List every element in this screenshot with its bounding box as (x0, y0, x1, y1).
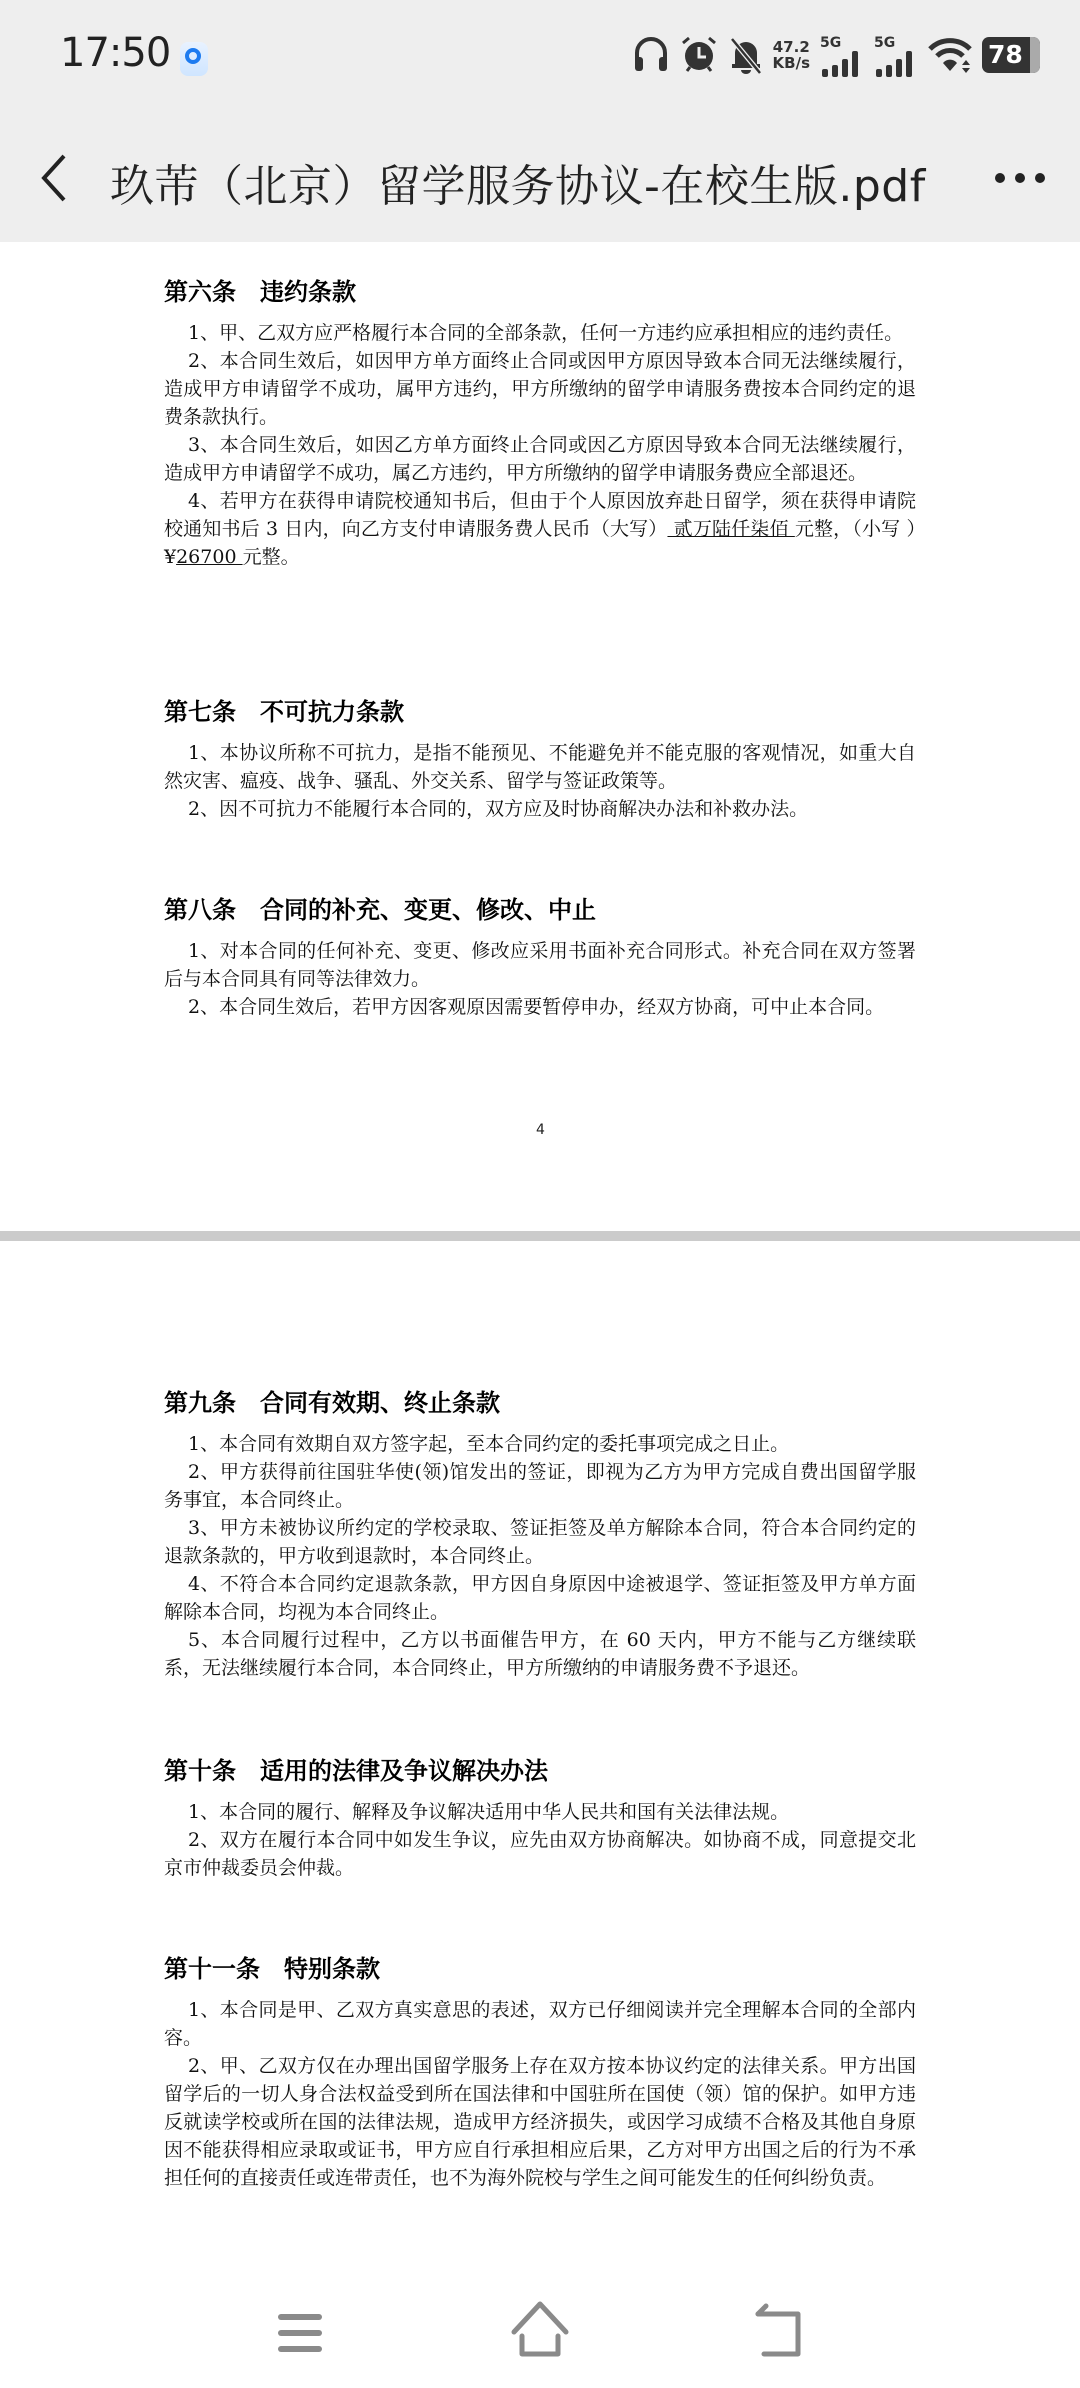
article-title: 第十条 适用的法律及争议解决办法 (164, 1751, 916, 1786)
system-nav-bar (0, 2280, 1080, 2388)
article-10: 第十条 适用的法律及争议解决办法 1、本合同的履行、解释及争议解决适用中华人民共… (164, 1751, 916, 1882)
article-paragraph: 1、本协议所称不可抗力，是指不能预见、不能避免并不能克服的客观情况，如重大自然灾… (164, 739, 916, 795)
article-11: 第十一条 特别条款 1、本合同是甲、乙双方真实意思的表述，双方已仔细阅读并完全理… (164, 1949, 916, 2192)
article-title: 第八条 合同的补充、变更、修改、中止 (164, 890, 916, 925)
article-paragraph: 3、甲方未被协议所约定的学校录取、签证拒签及单方解除本合同，符合本合同约定的退款… (164, 1514, 916, 1570)
recent-apps-button[interactable] (260, 2300, 340, 2370)
article-7: 第七条 不可抗力条款 1、本协议所称不可抗力，是指不能预见、不能避免并不能克服的… (164, 692, 916, 823)
document-title: 玖芾（北京）留学服务协议-在校生版.pdf (110, 150, 926, 214)
article-6: 第六条 违约条款 1、甲、乙双方应严格履行本合同的全部条款，任何一方违约应承担相… (164, 272, 916, 571)
menu-icon (260, 2300, 340, 2370)
article-paragraph: 2、因不可抗力不能履行本合同的，双方应及时协商解决办法和补救办法。 (164, 795, 916, 823)
article-paragraph: 2、本合同生效后，如因甲方单方面终止合同或因甲方原因导致本合同无法继续履行，造成… (164, 347, 916, 431)
page-number: 4 (536, 1122, 545, 1138)
article-paragraph: 2、甲方获得前往国驻华使(领)馆发出的签证，即视为乙方为甲方完成自费出国留学服务… (164, 1458, 916, 1514)
qq-browser-icon (180, 42, 208, 76)
article-paragraph: 2、双方在履行本合同中如发生争议，应先由双方协商解决。如协商不成，同意提交北京市… (164, 1826, 916, 1882)
amount-upper: 贰万陆仟柒佰 (667, 518, 794, 540)
chevron-left-icon (30, 150, 80, 206)
network-speed: 47.2 KB/s (773, 39, 810, 71)
home-button[interactable] (500, 2300, 580, 2370)
article-title: 第九条 合同有效期、终止条款 (164, 1383, 916, 1418)
article-paragraph: 1、本合同的履行、解释及争议解决适用中华人民共和国有关法律法规。 (164, 1798, 916, 1826)
alarm-icon (679, 35, 719, 75)
headphones-icon (633, 35, 669, 75)
more-options-button[interactable] (990, 158, 1050, 198)
pdf-page-4[interactable]: 第六条 违约条款 1、甲、乙双方应严格履行本合同的全部条款，任何一方违约应承担相… (0, 242, 1080, 1231)
article-paragraph: 1、本合同是甲、乙双方真实意思的表述，双方已仔细阅读并完全理解本合同的全部内容。 (164, 1996, 916, 2052)
article-paragraph: 4、不符合本合同约定退款条款，甲方因自身原因中途被退学、签证拒签及甲方单方面解除… (164, 1570, 916, 1626)
wifi-icon (928, 35, 972, 75)
article-title: 第十一条 特别条款 (164, 1949, 916, 1984)
page-separator (0, 1231, 1080, 1241)
status-icons: 47.2 KB/s 5G 5G (633, 33, 1040, 77)
article-paragraph: 5、本合同履行过程中，乙方以书面催告甲方，在 60 天内，甲方不能与乙方继续联系… (164, 1626, 916, 1682)
title-bar: 玖芾（北京）留学服务协议-在校生版.pdf (0, 110, 1080, 242)
article-title: 第七条 不可抗力条款 (164, 692, 916, 727)
more-horizontal-icon (990, 158, 1050, 198)
article-paragraph-fee: 4、若甲方在获得申请院校通知书后，但由于个人原因放弃赴日留学，须在获得申请院校通… (164, 487, 916, 571)
signal-5g-icon-2: 5G (874, 33, 918, 77)
article-paragraph: 1、对本合同的任何补充、变更、修改应采用书面补充合同形式。补充合同在双方签署后与… (164, 937, 916, 993)
battery-percent: 78 (988, 40, 1023, 69)
home-icon (500, 2300, 580, 2370)
bell-muted-icon (729, 35, 763, 75)
article-paragraph: 2、本合同生效后，若甲方因客观原因需要暂停申办，经双方协商，可中止本合同。 (164, 993, 916, 1021)
article-title: 第六条 违约条款 (164, 272, 916, 307)
article-9: 第九条 合同有效期、终止条款 1、本合同有效期自双方签字起，至本合同约定的委托事… (164, 1383, 916, 1682)
article-paragraph: 3、本合同生效后，如因乙方单方面终止合同或因乙方原因导致本合同无法继续履行，造成… (164, 431, 916, 487)
battery-icon: 78 (982, 37, 1040, 73)
article-paragraph: 2、甲、乙双方仅在办理出国留学服务上存在双方按本协议约定的法律关系。甲方出国留学… (164, 2052, 916, 2192)
status-time: 17:50 (60, 30, 170, 76)
article-8: 第八条 合同的补充、变更、修改、中止 1、对本合同的任何补充、变更、修改应采用书… (164, 890, 916, 1021)
amount-lower: 26700 (176, 546, 242, 568)
back-nav-button[interactable] (740, 2300, 820, 2370)
back-icon (740, 2300, 820, 2370)
article-paragraph: 1、甲、乙双方应严格履行本合同的全部条款，任何一方违约应承担相应的违约责任。 (164, 319, 916, 347)
status-bar: 17:50 47.2 KB/s 5G (0, 0, 1080, 110)
back-button[interactable] (30, 150, 80, 206)
signal-5g-icon: 5G (820, 33, 864, 77)
pdf-page-5[interactable]: 第九条 合同有效期、终止条款 1、本合同有效期自双方签字起，至本合同约定的委托事… (0, 1241, 1080, 2388)
article-paragraph: 1、本合同有效期自双方签字起，至本合同约定的委托事项完成之日止。 (164, 1430, 916, 1458)
